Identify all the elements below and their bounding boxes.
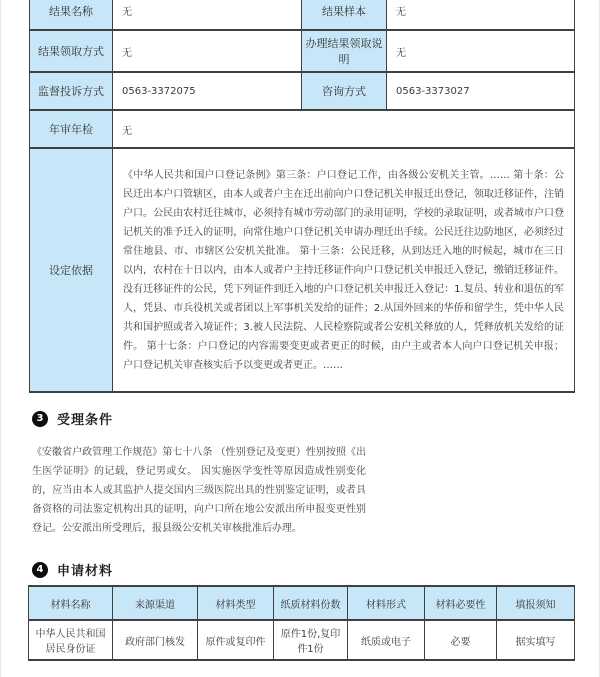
- result-pickup-note-label: 办理结果领取说明: [302, 30, 387, 72]
- col-material-form: 材料形式: [348, 586, 425, 620]
- annual-review-value: 无: [113, 110, 575, 148]
- col-material-necessity: 材料必要性: [425, 586, 497, 620]
- material-name-cell: 中华人民共和国居民身份证: [29, 620, 113, 660]
- section-title-acceptance: 受理条件: [57, 409, 113, 428]
- source-channel-cell: 政府部门核发: [113, 620, 198, 660]
- col-source-channel: 来源渠道: [113, 586, 198, 620]
- result-sample-label: 结果样本: [302, 0, 387, 30]
- table-row: 监督投诉方式 0563-3372075 咨询方式 0563-3373027: [30, 72, 575, 110]
- table-row: 结果名称 无 结果样本 无: [30, 0, 575, 30]
- paper-copies-cell: 原件1份,复印件1份: [274, 620, 348, 660]
- result-pickup-note-value: 无: [387, 30, 575, 72]
- materials-table: 材料名称 来源渠道 材料类型 纸质材料份数 材料形式 材料必要性 填报须知 中华…: [28, 585, 575, 661]
- materials-header-row: 材料名称 来源渠道 材料类型 纸质材料份数 材料形式 材料必要性 填报须知: [29, 586, 575, 620]
- material-type-cell: 原件或复印件: [198, 620, 274, 660]
- filling-notes-cell: 据实填写: [497, 620, 575, 660]
- consult-phone-value: 0563-3373027: [387, 72, 575, 110]
- complaint-phone-label: 监督投诉方式: [30, 72, 113, 110]
- table-row: 年审年检 无: [30, 110, 575, 148]
- section-heading-acceptance: 3 受理条件: [32, 409, 599, 428]
- result-name-value: 无: [113, 0, 302, 30]
- col-material-name: 材料名称: [29, 586, 113, 620]
- table-row: 设定依据 《中华人民共和国户口登记条例》第三条：户口登记工作，由各级公安机关主管…: [30, 148, 575, 392]
- complaint-phone-value: 0563-3372075: [113, 72, 302, 110]
- legal-basis-label: 设定依据: [30, 148, 113, 392]
- consult-phone-label: 咨询方式: [302, 72, 387, 110]
- col-filling-notes: 填报须知: [497, 586, 575, 620]
- table-row: 结果领取方式 无 办理结果领取说明 无: [30, 30, 575, 72]
- col-material-type: 材料类型: [198, 586, 274, 620]
- material-necessity-cell: 必要: [425, 620, 497, 660]
- section-title-materials: 申请材料: [57, 560, 113, 579]
- result-pickup-method-label: 结果领取方式: [30, 30, 113, 72]
- col-paper-copies: 纸质材料份数: [274, 586, 348, 620]
- result-sample-value: 无: [387, 0, 575, 30]
- section-number-4-icon: 4: [32, 562, 48, 578]
- result-pickup-method-value: 无: [113, 30, 302, 72]
- section-heading-materials: 4 申请材料: [32, 560, 599, 579]
- service-item-page: 结果名称 无 结果样本 无 结果领取方式 无 办理结果领取说明 无 监督投诉方式…: [0, 0, 600, 677]
- result-name-label: 结果名称: [30, 0, 113, 30]
- materials-data-row: 中华人民共和国居民身份证 政府部门核发 原件或复印件 原件1份,复印件1份 纸质…: [29, 620, 575, 660]
- legal-basis-text: 《中华人民共和国户口登记条例》第三条：户口登记工作，由各级公安机关主管。…… 第…: [113, 148, 575, 392]
- section-number-3-icon: 3: [32, 411, 48, 427]
- annual-review-label: 年审年检: [30, 110, 113, 148]
- material-form-cell: 纸质或电子: [348, 620, 425, 660]
- result-info-table: 结果名称 无 结果样本 无 结果领取方式 无 办理结果领取说明 无 监督投诉方式…: [29, 0, 575, 393]
- acceptance-conditions-text: 《安徽省户政管理工作规范》第七十八条 （性别登记及变更）性别按照《出生医学证明》…: [32, 443, 366, 538]
